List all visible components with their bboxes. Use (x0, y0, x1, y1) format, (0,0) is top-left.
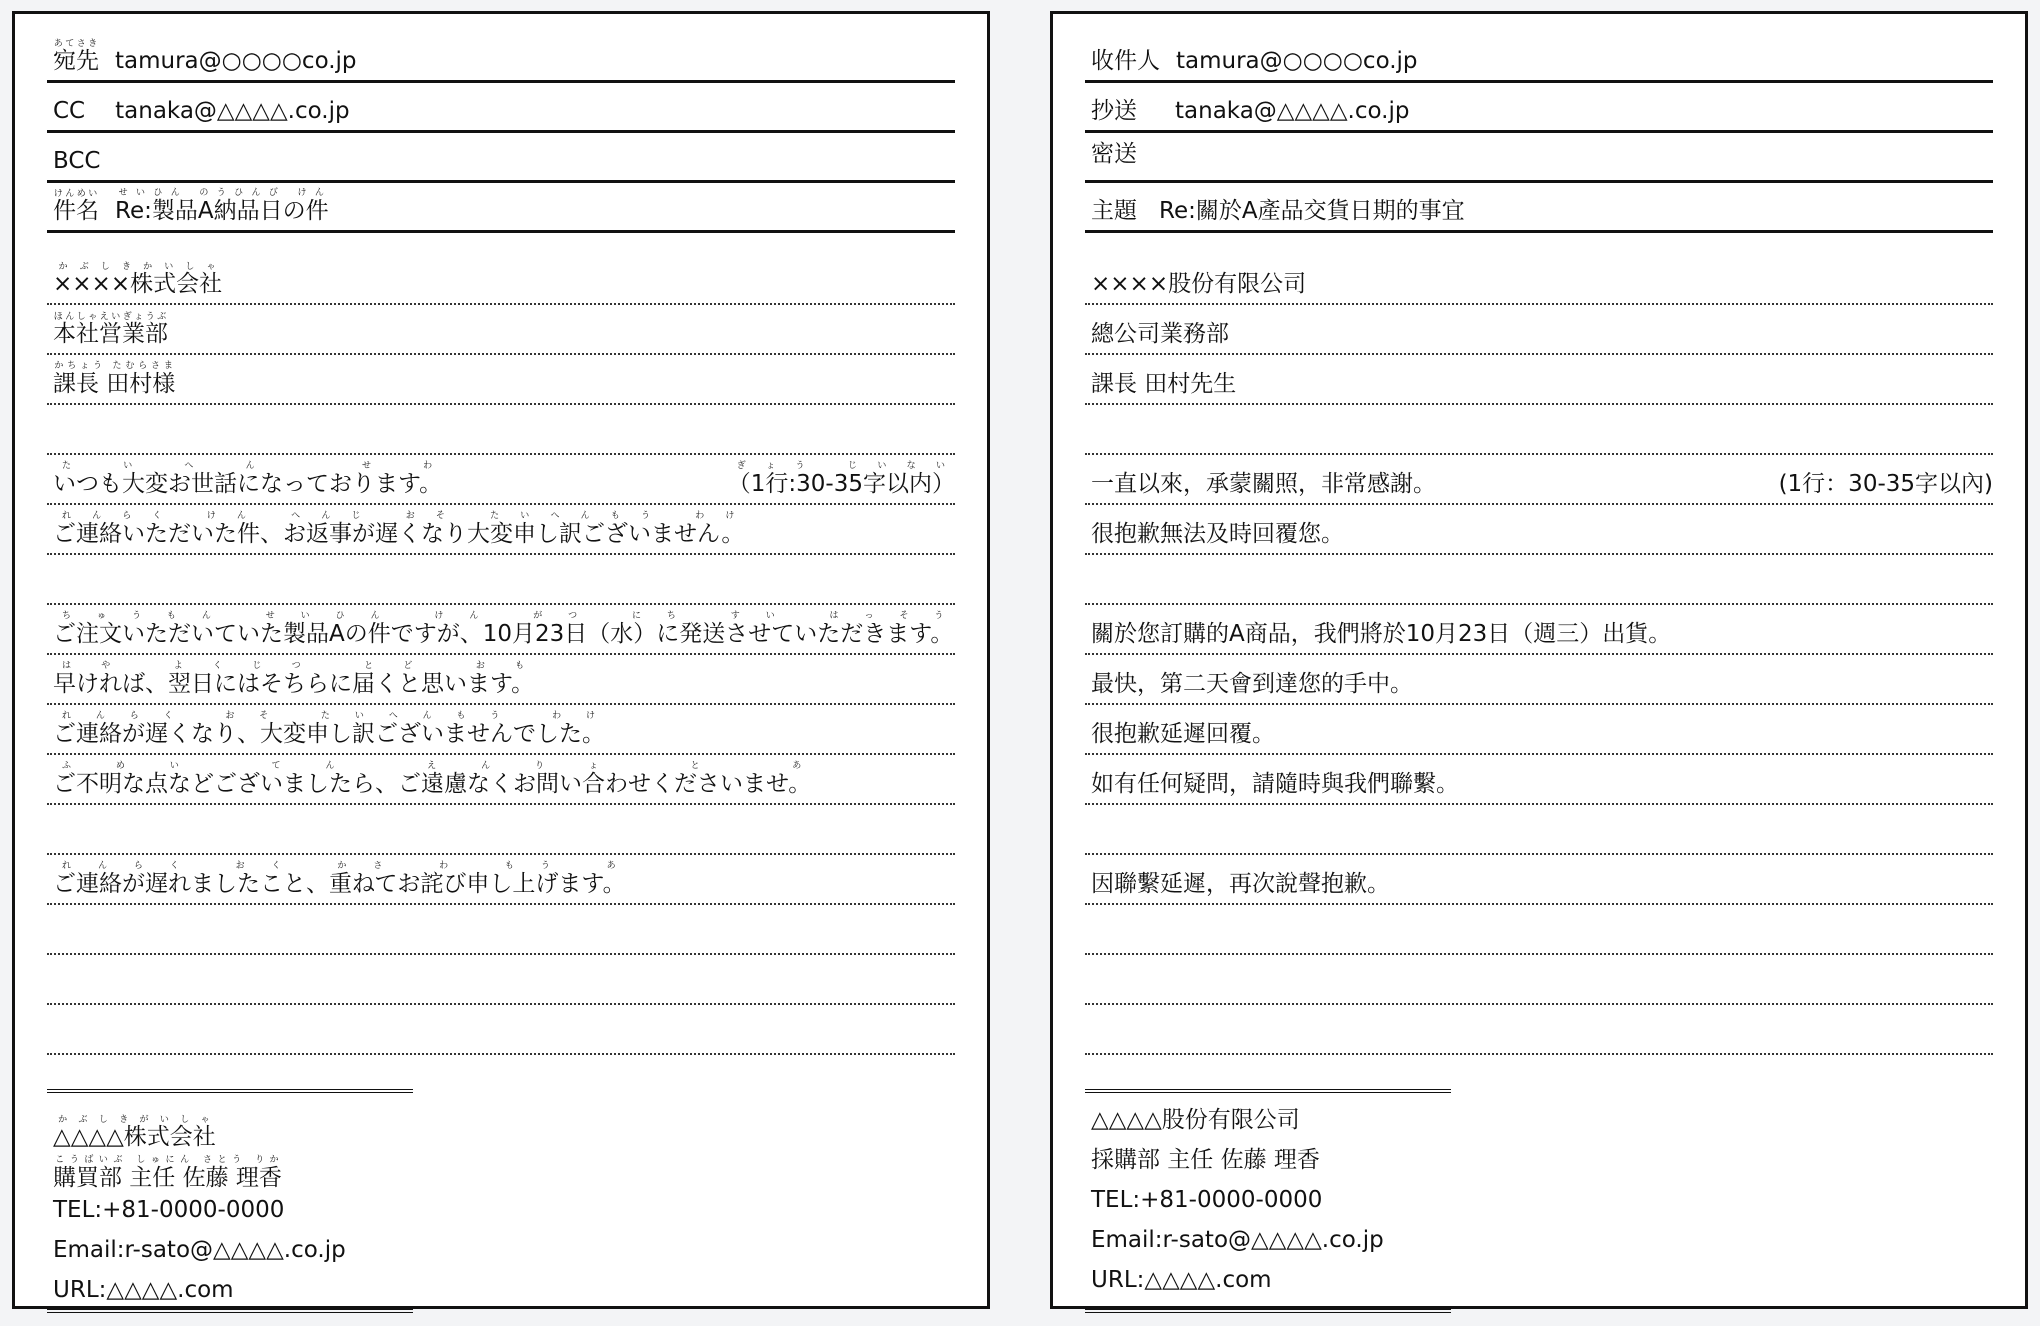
to-field[interactable]: 收件人tamura@○○○○co.jp (1085, 33, 1993, 83)
to-value: tamura@○○○○co.jp (115, 48, 357, 74)
cc-field[interactable]: 抄送tanaka@△△△△.co.jp (1085, 83, 1993, 133)
signature-email: Email:r-sato@△△△△.co.jp (1091, 1229, 1384, 1252)
signature-company: △△△△股份有限公司 (1091, 1109, 1300, 1132)
cc-field[interactable]: CCtanaka@△△△△.co.jp (47, 83, 955, 133)
to-value: tamura@○○○○co.jp (1176, 48, 1418, 74)
body-line[interactable]: ××××株式会社かぶしきかいしゃ (47, 255, 955, 305)
signature-name: 採購部 主任 佐藤 理香 (1091, 1149, 1320, 1172)
signature-url: URL:△△△△.com (53, 1279, 234, 1302)
bcc-label: 密送 (1091, 143, 1137, 166)
body-line[interactable]: ご注文いただいていた製品Aの件ですが、10月23日（水）に発送させていただきます… (47, 605, 955, 655)
body-line[interactable]: 總公司業務部 (1085, 305, 1993, 355)
signature-email: Email:r-sato@△△△△.co.jp (53, 1239, 346, 1262)
body-line[interactable] (1085, 555, 1993, 605)
line-length-note: （1行:30-35字以内）ぎょう じいない (728, 461, 955, 496)
line-length-note: (1行：30-35字以內) (1779, 473, 1993, 496)
cc-value: tanaka@△△△△.co.jp (1175, 98, 1409, 124)
to-label: 收件人 (1091, 50, 1160, 73)
to-field[interactable]: 宛先あてさきtamura@○○○○co.jp (47, 33, 955, 83)
body-line[interactable] (47, 955, 955, 1005)
body-line[interactable] (47, 905, 955, 955)
body-line[interactable]: 課長 田村様かちょう たむらさま (47, 355, 955, 405)
body-line[interactable]: 如有任何疑問，請隨時與我們聯繫。 (1085, 755, 1993, 805)
body-line[interactable]: ご連絡が遅れましたこと、重ねてお詫び申し上げます。れんらく おく かさ わ もう… (47, 855, 955, 905)
email-template-chinese: 收件人tamura@○○○○co.jp 抄送tanaka@△△△△.co.jp … (1050, 11, 2028, 1309)
body-line[interactable]: 早ければ、翌日にはそちらに届くと思います。はや よくじつ とど おも (47, 655, 955, 705)
body-line[interactable] (1085, 955, 1993, 1005)
body-line[interactable] (1085, 805, 1993, 855)
body-line[interactable]: ご連絡が遅くなり、大変申し訳ございませんでした。れんらく おそ たいへんもう わ… (47, 705, 955, 755)
subject-label: 主題 (1091, 200, 1137, 223)
subject-field[interactable]: 件名けんめいRe:製品A納品日の件せいひん のうひんび けん (47, 183, 955, 233)
cc-value: tanaka@△△△△.co.jp (115, 98, 349, 124)
body-line[interactable]: 最快，第二天會到達您的手中。 (1085, 655, 1993, 705)
signature-tel: TEL:+81-0000-0000 (53, 1199, 284, 1222)
body-line[interactable]: 很抱歉延遲回覆。 (1085, 705, 1993, 755)
subject-value: Re:關於A產品交貨日期的事宜 (1159, 198, 1465, 224)
body-line[interactable]: 課長 田村先生 (1085, 355, 1993, 405)
body-line[interactable] (47, 805, 955, 855)
body-line[interactable] (1085, 905, 1993, 955)
body-line[interactable]: いつも大変お世話になっております。たいへん せわ（1行:30-35字以内）ぎょう… (47, 455, 955, 505)
bcc-label: BCC (53, 150, 101, 173)
body-line[interactable]: 關於您訂購的A商品，我們將於10月23日（週三）出貨。 (1085, 605, 1993, 655)
cc-label: CC (53, 100, 85, 123)
body-line[interactable] (47, 1005, 955, 1055)
cc-label: 抄送 (1091, 100, 1137, 123)
signature-name: 購買部 主任 佐藤 理香こうばいぶ しゅにん さとう りか (53, 1155, 282, 1190)
signature-url: URL:△△△△.com (1091, 1269, 1272, 1292)
signature-tel: TEL:+81-0000-0000 (1091, 1189, 1322, 1212)
subject-field[interactable]: 主題Re:關於A產品交貨日期的事宜 (1085, 183, 1993, 233)
body-line[interactable]: ご連絡いただいた件、お返事が遅くなり大変申し訳ございません。れんらく けん へん… (47, 505, 955, 555)
signature-block: △△△△股份有限公司 採購部 主任 佐藤 理香 TEL:+81-0000-000… (1085, 1089, 1451, 1313)
subject-label: 件名けんめい (53, 189, 99, 223)
body-line[interactable] (47, 405, 955, 455)
subject-value: Re:製品A納品日の件 (115, 198, 329, 224)
email-template-japanese: 宛先あてさきtamura@○○○○co.jp CCtanaka@△△△△.co.… (12, 11, 990, 1309)
body-line[interactable]: ご不明な点などございましたら、ご遠慮なくお問い合わせくださいませ。ふめい てん … (47, 755, 955, 805)
body-line[interactable] (1085, 405, 1993, 455)
to-label: 宛先あてさき (53, 39, 99, 73)
signature-block: △△△△株式会社かぶしきがいしゃ 購買部 主任 佐藤 理香こうばいぶ しゅにん … (47, 1089, 413, 1313)
bcc-field[interactable]: BCC (47, 133, 955, 183)
signature-company: △△△△株式会社かぶしきがいしゃ (53, 1115, 216, 1149)
body-line[interactable]: 因聯繫延遲，再次說聲抱歉。 (1085, 855, 1993, 905)
bcc-field[interactable]: 密送 (1085, 133, 1993, 183)
body-line[interactable]: ××××股份有限公司 (1085, 255, 1993, 305)
body-line[interactable] (1085, 1005, 1993, 1055)
body-line[interactable]: 一直以來，承蒙關照，非常感謝。(1行：30-35字以內) (1085, 455, 1993, 505)
body-line[interactable]: 很抱歉無法及時回覆您。 (1085, 505, 1993, 555)
body-line[interactable]: 本社営業部ほんしゃえいぎょうぶ (47, 305, 955, 355)
body-line[interactable] (47, 555, 955, 605)
